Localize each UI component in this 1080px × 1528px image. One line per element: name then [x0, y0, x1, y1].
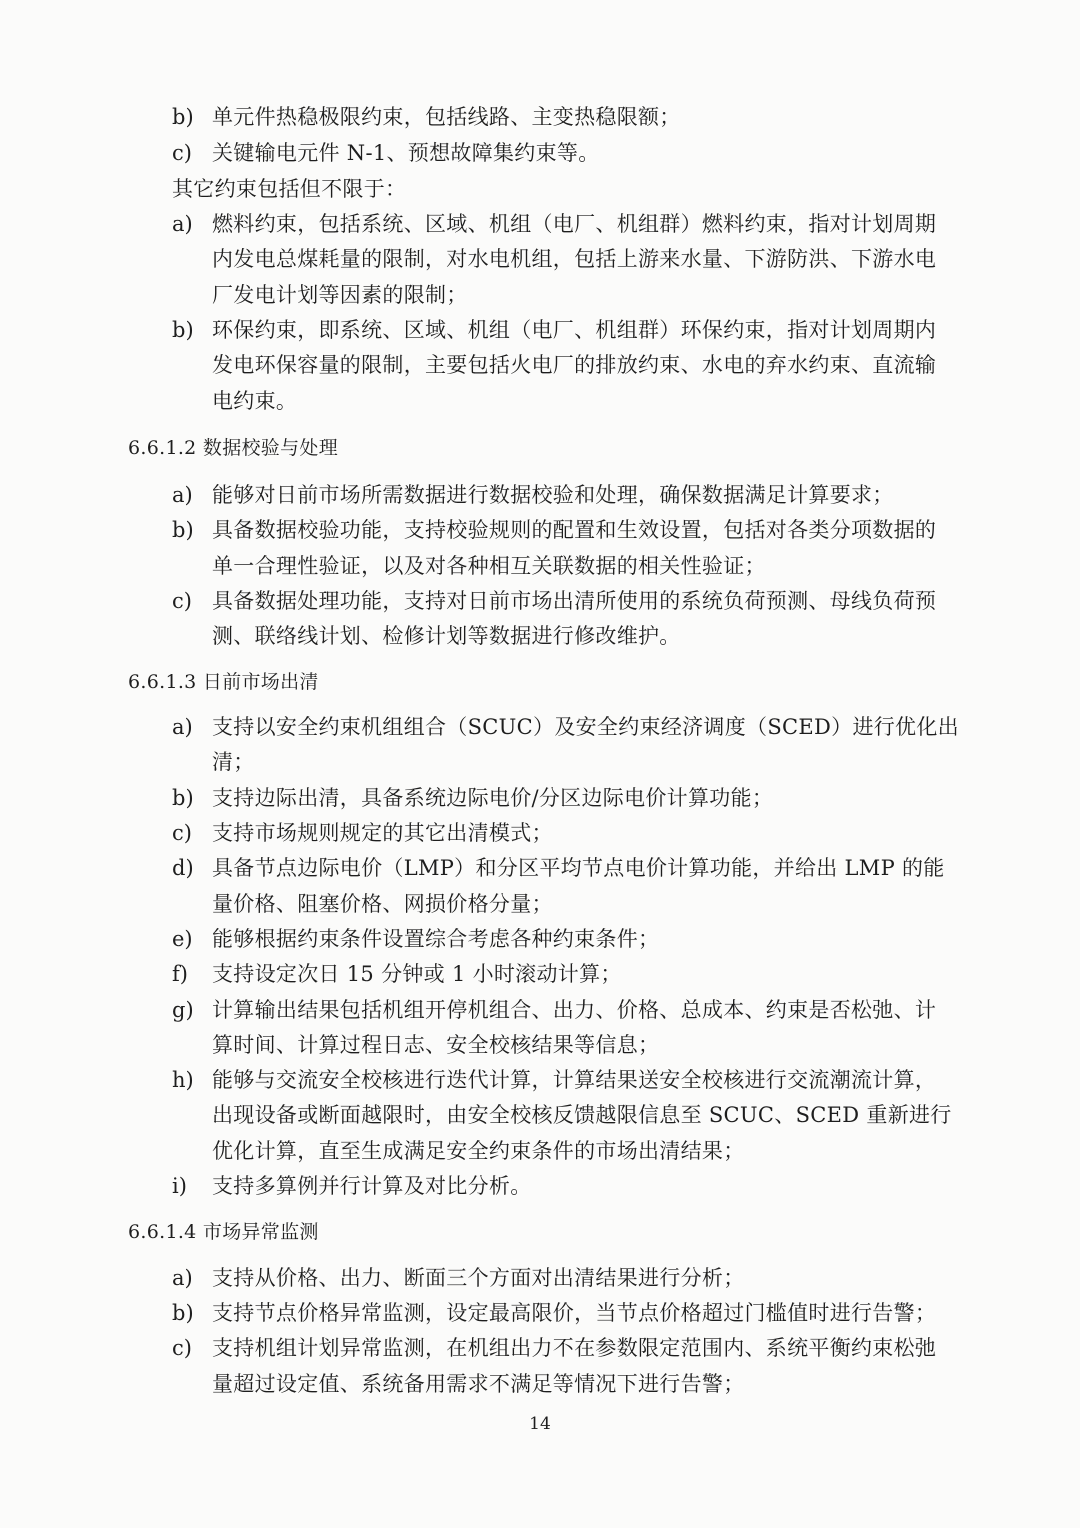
list-item-text: 厂发电计划等因素的限制； — [212, 280, 468, 310]
list-marker: b) — [172, 102, 194, 132]
list-item-text: 支持多算例并行计算及对比分析。 — [212, 1171, 532, 1201]
list-marker: b) — [172, 515, 194, 545]
list-item-text: 具备数据校验功能，支持校验规则的配置和生效设置，包括对各类分项数据的 — [212, 515, 936, 545]
list-marker: g) — [172, 995, 194, 1025]
list-marker: a) — [172, 480, 193, 510]
list-item-text: 电约束。 — [212, 386, 297, 416]
list-item-text: 关键输电元件 N-1、预想故障集约束等。 — [212, 138, 600, 168]
list-item-text: 发电环保容量的限制，主要包括火电厂的排放约束、水电的弃水约束、直流输 — [212, 350, 936, 380]
list-item-text: 测、联络线计划、检修计划等数据进行修改维护。 — [212, 621, 681, 651]
list-item-text: 燃料约束，包括系统、区域、机组（电厂、机组群）燃料约束，指对计划周期 — [212, 209, 936, 239]
document-page: b) 单元件热稳极限约束，包括线路、主变热稳限额； c) 关键输电元件 N-1、… — [0, 0, 1080, 1528]
list-marker: b) — [172, 1298, 194, 1328]
list-item-text: 单元件热稳极限约束，包括线路、主变热稳限额； — [212, 102, 681, 132]
list-item-text: 能够对日前市场所需数据进行数据校验和处理，确保数据满足计算要求； — [212, 480, 894, 510]
list-item-text: 能够与交流安全校核进行迭代计算，计算结果送安全校核进行交流潮流计算， — [212, 1065, 936, 1095]
list-item-text: 出现设备或断面越限时，由安全校核反馈越限信息至 SCUC、SCED 重新进行 — [212, 1100, 952, 1130]
list-marker: c) — [172, 586, 192, 616]
list-item-text: 单一合理性验证，以及对各种相互关联数据的相关性验证； — [212, 551, 766, 581]
list-marker: e) — [172, 924, 193, 954]
list-item-text: 量价格、阻塞价格、网损价格分量； — [212, 889, 553, 919]
list-item-text: 支持设定次日 15 分钟或 1 小时滚动计算； — [212, 959, 622, 989]
page-number: 14 — [0, 1414, 1080, 1434]
list-item-text: 具备数据处理功能，支持对日前市场出清所使用的系统负荷预测、母线负荷预 — [212, 586, 936, 616]
list-item-text: 算时间、计算过程日志、安全校核结果等信息； — [212, 1030, 659, 1060]
list-item-text: 支持市场规则规定的其它出清模式； — [212, 818, 553, 848]
list-marker: h) — [172, 1065, 194, 1095]
list-marker: f) — [172, 959, 188, 989]
list-marker: a) — [172, 209, 193, 239]
section-heading: 6.6.1.2 数据校验与处理 — [128, 433, 338, 463]
list-marker: c) — [172, 1333, 192, 1363]
list-marker: i) — [172, 1171, 187, 1201]
list-marker: c) — [172, 138, 192, 168]
section-heading: 6.6.1.4 市场异常监测 — [128, 1217, 319, 1247]
list-item-text: 优化计算，直至生成满足安全约束条件的市场出清结果； — [212, 1136, 745, 1166]
list-item-text: 能够根据约束条件设置综合考虑各种约束条件； — [212, 924, 659, 954]
list-marker: b) — [172, 783, 194, 813]
paragraph-text: 其它约束包括但不限于： — [172, 174, 406, 204]
list-item-text: 环保约束，即系统、区域、机组（电厂、机组群）环保约束，指对计划周期内 — [212, 315, 936, 345]
list-item-text: 支持节点价格异常监测，设定最高限价，当节点价格超过门槛值时进行告警； — [212, 1298, 936, 1328]
list-item-text: 内发电总煤耗量的限制，对水电机组，包括上游来水量、下游防洪、下游水电 — [212, 244, 936, 274]
list-item-text: 量超过设定值、系统备用需求不满足等情况下进行告警； — [212, 1369, 745, 1399]
list-marker: a) — [172, 1263, 193, 1293]
list-item-text: 具备节点边际电价（LMP）和分区平均节点电价计算功能，并给出 LMP 的能 — [212, 853, 945, 883]
list-marker: b) — [172, 315, 194, 345]
section-heading: 6.6.1.3 日前市场出清 — [128, 667, 319, 697]
list-item-text: 支持从价格、出力、断面三个方面对出清结果进行分析； — [212, 1263, 745, 1293]
list-marker: c) — [172, 818, 192, 848]
list-item-text: 清； — [212, 747, 255, 777]
list-item-text: 计算输出结果包括机组开停机组合、出力、价格、总成本、约束是否松弛、计 — [212, 995, 936, 1025]
list-marker: a) — [172, 712, 193, 742]
list-item-text: 支持边际出清，具备系统边际电价/分区边际电价计算功能； — [212, 783, 773, 813]
list-marker: d) — [172, 853, 194, 883]
list-item-text: 支持机组计划异常监测，在机组出力不在参数限定范围内、系统平衡约束松弛 — [212, 1333, 936, 1363]
list-item-text: 支持以安全约束机组组合（SCUC）及安全约束经济调度（SCED）进行优化出 — [212, 712, 959, 742]
